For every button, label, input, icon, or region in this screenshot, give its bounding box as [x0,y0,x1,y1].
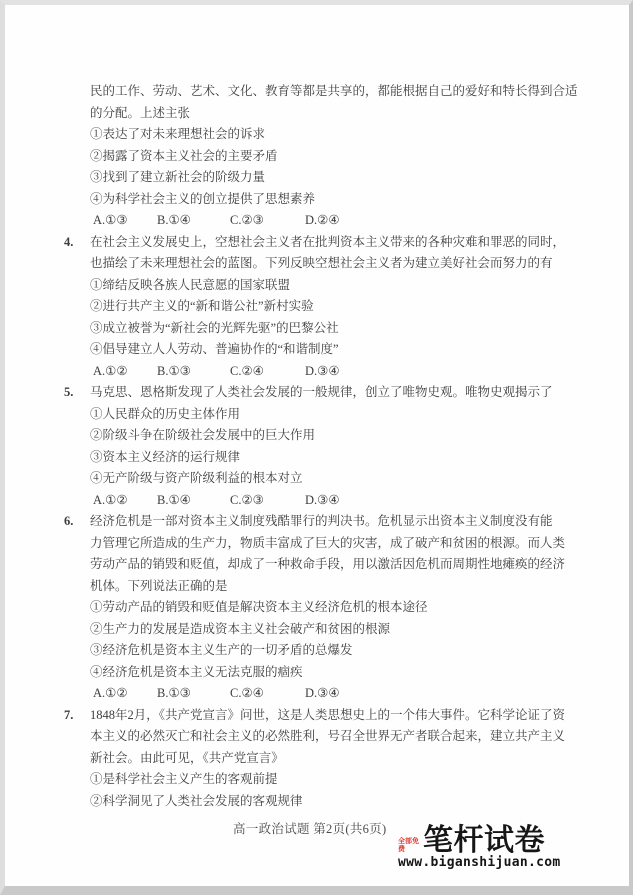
question-number: 5. [64,382,73,404]
option-item: ②阶级斗争在阶级社会发展中的巨大作用 [90,425,595,447]
option-item: ④经济危机是资本主义无法克服的痼疾 [90,662,595,684]
question-block: 7.1848年2月，《共产党宣言》问世，这是人类思想史上的一个伟大事件。它科学论… [90,705,595,813]
question-number: 7. [64,705,73,727]
watermark-brand: 笔杆试卷 [423,826,545,856]
answer-choice: C.②④ [230,683,305,705]
option-item: ③经济危机是资本主义生产的一切矛盾的总爆发 [90,640,595,662]
exam-page: 民的工作、劳动、艺术、文化、教育等都是共享的，都能根据自己的爱好和特长得到合适的… [0,0,633,895]
option-item: ④无产阶级与资产阶级利益的根本对立 [90,468,595,490]
option-item: ④为科学社会主义的创立提供了思想素养 [90,189,595,211]
stem-line: 机体。下列说法正确的是 [90,576,595,598]
option-item: ②揭露了资本主义社会的主要矛盾 [90,146,595,168]
answer-choice: D.③④ [305,490,340,512]
question-block: 民的工作、劳动、艺术、文化、教育等都是共享的，都能根据自己的爱好和特长得到合适的… [90,81,595,232]
answer-choice: C.②③ [230,210,305,232]
question-block: 4.在社会主义发展史上，空想社会主义者在批判资本主义带来的各种灾难和罪恶的同时，… [90,232,595,383]
option-item: ①是科学社会主义产生的客观前提 [90,769,595,791]
answer-choices-row: A.①③B.①④C.②③D.②④ [90,210,595,232]
answer-choice: B.①④ [157,490,230,512]
stem-line: 马克思、恩格斯发现了人类社会发展的一般规律，创立了唯物史观。唯物史观揭示了 [90,382,595,404]
answer-choice: D.②④ [305,210,340,232]
answer-choice: A.①③ [93,210,157,232]
option-item: ②科学洞见了人类社会发展的客观规律 [90,791,595,813]
answer-choice: A.①② [93,361,157,383]
answer-choice: B.①③ [157,683,230,705]
watermark-row: 全部免费 笔杆试卷 [398,826,561,856]
stem-line: 力管理它所造成的生产力，物质丰富成了巨大的灾害，成了破产和贫困的根源。而人类 [90,533,595,555]
option-item: ①人民群众的历史主体作用 [90,404,595,426]
option-item: ①劳动产品的销毁和贬值是解决资本主义经济危机的根本途径 [90,597,595,619]
stem-line: 也描绘了未来理想社会的蓝图。下列反映空想社会主义者为建立美好社会而努力的有 [90,253,595,275]
stem-line: 的分配。上述主张 [90,103,595,125]
option-item: ①缔结反映各族人民意愿的国家联盟 [90,275,595,297]
watermark: 全部免费 笔杆试卷 www.biganshijuan.com [398,826,561,871]
answer-choices-row: A.①②B.①④C.②③D.③④ [90,490,595,512]
page-footer: 高一政治试题 第2页(共6页) [233,819,386,837]
option-item: ①表达了对未来理想社会的诉求 [90,124,595,146]
option-item: ②生产力的发展是造成资本主义社会破产和贫困的根源 [90,619,595,641]
question-block: 6.经济危机是一部对资本主义制度残酷罪行的判决书。危机显示出资本主义制度没有能力… [90,511,595,705]
answer-choice: D.③④ [305,361,340,383]
answer-choices-row: A.①②B.①③C.②④D.③④ [90,361,595,383]
answer-choice: C.②④ [230,361,305,383]
stem-line: 新社会。由此可见，《共产党宣言》 [90,748,595,770]
option-item: ③资本主义经济的运行规律 [90,447,595,469]
question-number: 6. [64,511,73,533]
answer-choices-row: A.①②B.①③C.②④D.③④ [90,683,595,705]
option-item: ②进行共产主义的“新和谐公社”新村实验 [90,296,595,318]
watermark-free-label: 全部免费 [398,838,423,853]
question-number: 4. [64,232,73,254]
stem-line: 在社会主义发展史上，空想社会主义者在批判资本主义带来的各种灾难和罪恶的同时， [90,232,595,254]
questions: 民的工作、劳动、艺术、文化、教育等都是共享的，都能根据自己的爱好和特长得到合适的… [90,81,595,812]
answer-choice: D.③④ [305,683,340,705]
option-item: ③找到了建立新社会的阶级力量 [90,167,595,189]
stem-line: 1848年2月，《共产党宣言》问世，这是人类思想史上的一个伟大事件。它科学论证了… [90,705,595,727]
option-item: ③成立被誉为“新社会的光辉先驱”的巴黎公社 [90,318,595,340]
answer-choice: B.①③ [157,361,230,383]
answer-choice: A.①② [93,490,157,512]
answer-choice: A.①② [93,683,157,705]
option-item: ④倡导建立人人劳动、普遍协作的“和谐制度” [90,339,595,361]
stem-line: 劳动产品的销毁和贬值，却成了一种救命手段，用以激活因危机而周期性地瘫痪的经济 [90,554,595,576]
stem-line: 本主义的必然灭亡和社会主义的必然胜利，号召全世界无产者联合起来，建立共产主义 [90,726,595,748]
answer-choice: C.②③ [230,490,305,512]
watermark-url: www.biganshijuan.com [398,856,561,871]
stem-line: 民的工作、劳动、艺术、文化、教育等都是共享的，都能根据自己的爱好和特长得到合适 [90,81,595,103]
stem-line: 经济危机是一部对资本主义制度残酷罪行的判决书。危机显示出资本主义制度没有能 [90,511,595,533]
answer-choice: B.①④ [157,210,230,232]
question-block: 5.马克思、恩格斯发现了人类社会发展的一般规律，创立了唯物史观。唯物史观揭示了①… [90,382,595,511]
